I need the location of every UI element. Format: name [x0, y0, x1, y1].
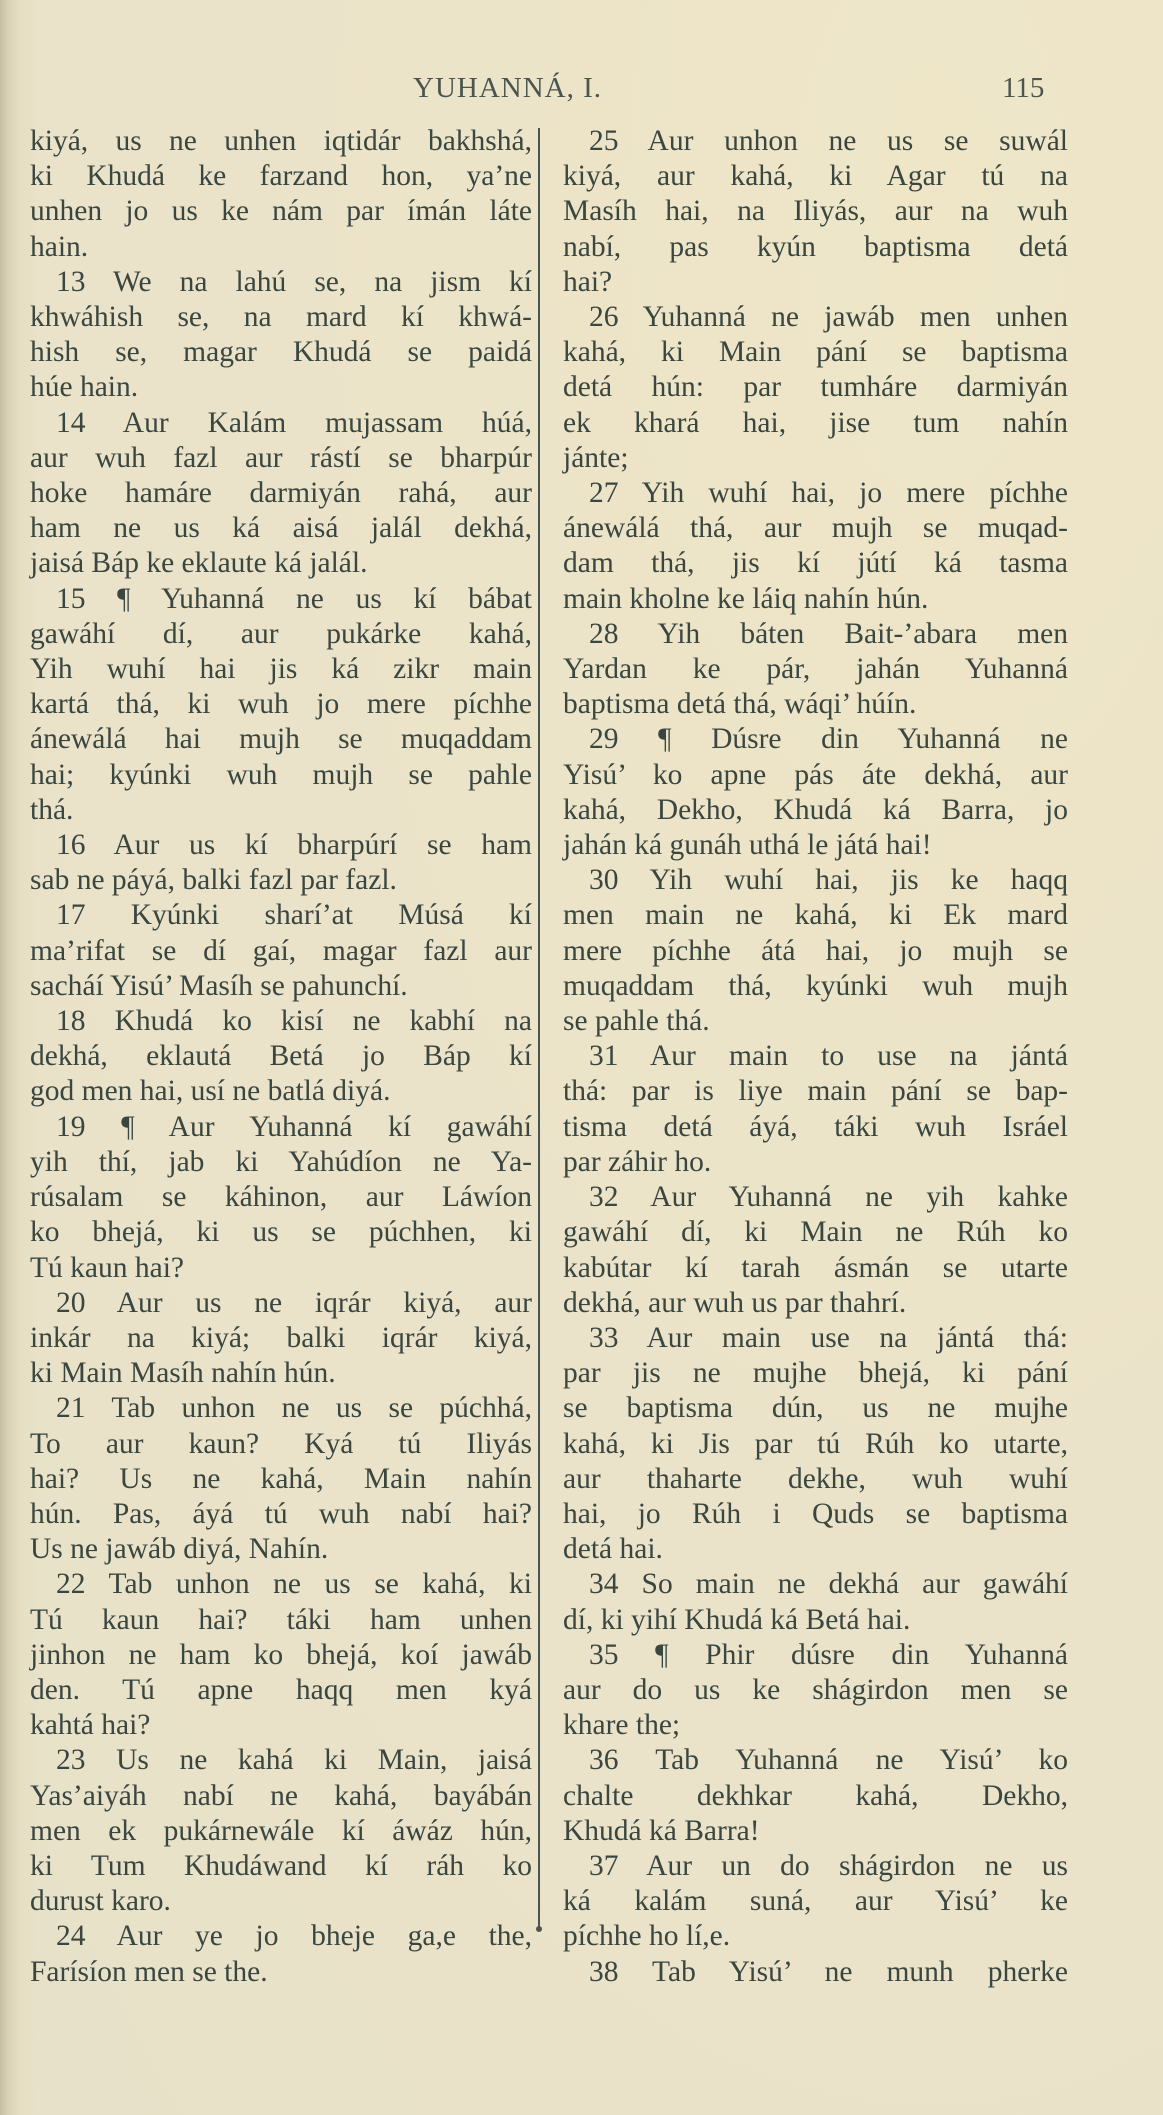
text-line: thá.: [30, 793, 532, 828]
text-line: ánewálá thá, aur mujh se muqad-: [563, 511, 1068, 546]
verse-start-line: 24 Aur ye jo bheje ga,e the,: [30, 1919, 532, 1954]
text-line: Farísíon men se the.: [30, 1955, 532, 1990]
text-line: par jis ne mujhe bhejá, ki pání: [563, 1356, 1068, 1391]
verse-start-line: 35 ¶ Phir dúsre din Yuhanná: [563, 1638, 1068, 1673]
verse-start-line: 27 Yih wuhí hai, jo mere píchhe: [563, 476, 1068, 511]
verse-start-line: 33 Aur main use na jántá thá:: [563, 1321, 1068, 1356]
column-divider-rule: [538, 128, 540, 1928]
text-line: ko bhejá, ki us se púchhen, ki: [30, 1215, 532, 1250]
text-line: main kholne ke láiq nahín hún.: [563, 582, 1068, 617]
text-line: Yardan ke pár, jahán Yuhanná: [563, 652, 1068, 687]
text-line: par záhir ho.: [563, 1145, 1068, 1180]
text-line: rúsalam se káhinon, aur Láwíon: [30, 1180, 532, 1215]
text-line: kahá, ki Jis par tú Rúh ko utarte,: [563, 1427, 1068, 1462]
verse-start-line: 15 ¶ Yuhanná ne us kí bábat: [30, 582, 532, 617]
verse-start-line: 29 ¶ Dúsre din Yuhanná ne: [563, 722, 1068, 757]
text-line: detá hai.: [563, 1532, 1068, 1567]
text-line: Us ne jawáb diyá, Nahín.: [30, 1532, 532, 1567]
text-line: kahá, ki Main pání se baptisma: [563, 335, 1068, 370]
text-line: kartá thá, ki wuh jo mere píchhe: [30, 687, 532, 722]
text-line: men ek pukárnewále kí áwáz hún,: [30, 1814, 532, 1849]
verse-start-line: 14 Aur Kalám mujassam húá,: [30, 406, 532, 441]
text-line: hoke hamáre darmiyán rahá, aur: [30, 476, 532, 511]
text-line: chalte dekhkar kahá, Dekho,: [563, 1779, 1068, 1814]
text-line: dekhá, aur wuh us par thahrí.: [563, 1286, 1068, 1321]
running-title: YUHANNÁ, I.: [413, 72, 602, 105]
text-line: muqaddam thá, kyúnki wuh mujh: [563, 969, 1068, 1004]
book-page: YUHANNÁ, I. 115 kiyá, us ne unhen iqtidá…: [0, 0, 1163, 2115]
verse-start-line: 13 We na lahú se, na jism kí: [30, 265, 532, 300]
verse-start-line: 23 Us ne kahá ki Main, jaisá: [30, 1743, 532, 1778]
text-line: hain.: [30, 230, 532, 265]
text-line: hún. Pas, áyá tú wuh nabí hai?: [30, 1497, 532, 1532]
text-line: dam thá, jis kí jútí ká tasma: [563, 546, 1068, 581]
verse-start-line: 37 Aur un do shágirdon ne us: [563, 1849, 1068, 1884]
text-line: dí, ki yihí Khudá ká Betá hai.: [563, 1603, 1068, 1638]
verse-start-line: 19 ¶ Aur Yuhanná kí gawáhí: [30, 1110, 532, 1145]
verse-start-line: 32 Aur Yuhanná ne yih kahke: [563, 1180, 1068, 1215]
verse-start-line: 20 Aur us ne iqrár kiyá, aur: [30, 1286, 532, 1321]
text-line: kiyá, us ne unhen iqtidár bakhshá,: [30, 124, 532, 159]
text-line: hai, jo Rúh i Quds se baptisma: [563, 1497, 1068, 1532]
text-line: khare the;: [563, 1708, 1068, 1743]
text-line: sab ne páyá, balki fazl par fazl.: [30, 863, 532, 898]
text-line: ká kalám suná, aur Yisú’ ke: [563, 1884, 1068, 1919]
text-line: Tú kaun hai?: [30, 1251, 532, 1286]
text-line: ham ne us ká aisá jalál dekhá,: [30, 511, 532, 546]
text-line: thá: par is liye main pání se bap-: [563, 1074, 1068, 1109]
verse-start-line: 16 Aur us kí bharpúrí se ham: [30, 828, 532, 863]
verse-start-line: 22 Tab unhon ne us se kahá, ki: [30, 1567, 532, 1602]
text-line: aur thaharte dekhe, wuh wuhí: [563, 1462, 1068, 1497]
text-line: ma’rifat se dí gaí, magar fazl aur: [30, 934, 532, 969]
text-line: To aur kaun? Kyá tú Iliyás: [30, 1427, 532, 1462]
page-number: 115: [1002, 72, 1044, 105]
page-header: YUHANNÁ, I. 115: [0, 72, 1163, 112]
verse-start-line: 28 Yih báten Bait-’abara men: [563, 617, 1068, 652]
text-line: aur wuh fazl aur rástí se bharpúr: [30, 441, 532, 476]
verse-start-line: 21 Tab unhon ne us se púchhá,: [30, 1391, 532, 1426]
text-line: khwáhish se, na mard kí khwá-: [30, 300, 532, 335]
verse-start-line: 31 Aur main to use na jántá: [563, 1039, 1068, 1074]
text-line: se baptisma dún, us ne mujhe: [563, 1391, 1068, 1426]
text-line: sacháí Yisú’ Masíh se pahunchí.: [30, 969, 532, 1004]
text-line: ki Tum Khudáwand kí ráh ko: [30, 1849, 532, 1884]
text-line: nabí, pas kyún baptisma detá: [563, 230, 1068, 265]
text-line: píchhe ho lí,e.: [563, 1919, 1068, 1954]
text-line: detá hún: par tumháre darmiyán: [563, 370, 1068, 405]
text-line: Khudá ká Barra!: [563, 1814, 1068, 1849]
text-line: Masíh hai, na Iliyás, aur na wuh: [563, 194, 1068, 229]
text-line: jánte;: [563, 441, 1068, 476]
verse-start-line: 30 Yih wuhí hai, jis ke haqq: [563, 863, 1068, 898]
verse-start-line: 17 Kyúnki sharí’at Músá kí: [30, 898, 532, 933]
verse-start-line: 25 Aur unhon ne us se suwál: [563, 124, 1068, 159]
text-line: mere píchhe átá hai, jo mujh se: [563, 934, 1068, 969]
text-line: yih thí, jab ki Yahúdíon ne Ya-: [30, 1145, 532, 1180]
text-line: dekhá, eklautá Betá jo Báp kí: [30, 1039, 532, 1074]
text-line: Tú kaun hai? táki ham unhen: [30, 1603, 532, 1638]
text-line: kahtá hai?: [30, 1708, 532, 1743]
text-line: se pahle thá.: [563, 1004, 1068, 1039]
text-line: ki Khudá ke farzand hon, ya’ne: [30, 159, 532, 194]
left-text-column: kiyá, us ne unhen iqtidár bakhshá,ki Khu…: [30, 124, 532, 1990]
text-line: kahá, Dekho, Khudá ká Barra, jo: [563, 793, 1068, 828]
text-line: ánewálá hai mujh se muqaddam: [30, 722, 532, 757]
text-line: gawáhí dí, aur pukárke kahá,: [30, 617, 532, 652]
text-line: kiyá, aur kahá, ki Agar tú na: [563, 159, 1068, 194]
text-line: hai; kyúnki wuh mujh se pahle: [30, 758, 532, 793]
text-line: aur do us ke shágirdon men se: [563, 1673, 1068, 1708]
text-line: baptisma detá thá, wáqi’ húín.: [563, 687, 1068, 722]
text-line: gawáhí dí, ki Main ne Rúh ko: [563, 1215, 1068, 1250]
text-line: jinhon ne ham ko bhejá, koí jawáb: [30, 1638, 532, 1673]
text-line: men main ne kahá, ki Ek mard: [563, 898, 1068, 933]
text-line: tisma detá áyá, táki wuh Isráel: [563, 1110, 1068, 1145]
text-line: Yas’aiyáh nabí ne kahá, bayábán: [30, 1779, 532, 1814]
verse-start-line: 36 Tab Yuhanná ne Yisú’ ko: [563, 1743, 1068, 1778]
verse-start-line: 26 Yuhanná ne jawáb men unhen: [563, 300, 1068, 335]
text-line: inkár na kiyá; balki iqrár kiyá,: [30, 1321, 532, 1356]
text-line: god men hai, usí ne batlá diyá.: [30, 1074, 532, 1109]
text-line: durust karo.: [30, 1884, 532, 1919]
right-text-column: 25 Aur unhon ne us se suwálkiyá, aur kah…: [563, 124, 1068, 1990]
text-line: Yih wuhí hai jis ká zikr main: [30, 652, 532, 687]
text-line: hish se, magar Khudá se paidá: [30, 335, 532, 370]
text-line: jahán ká gunáh uthá le játá hai!: [563, 828, 1068, 863]
text-line: ki Main Masíh nahín hún.: [30, 1356, 532, 1391]
text-line: unhen jo us ke nám par ímán láte: [30, 194, 532, 229]
text-line: húe hain.: [30, 370, 532, 405]
text-line: den. Tú apne haqq men kyá: [30, 1673, 532, 1708]
verse-start-line: 38 Tab Yisú’ ne munh pherke: [563, 1955, 1068, 1990]
text-line: hai? Us ne kahá, Main nahín: [30, 1462, 532, 1497]
text-line: jaisá Báp ke eklaute ká jalál.: [30, 546, 532, 581]
text-line: kabútar kí tarah ásmán se utarte: [563, 1251, 1068, 1286]
verse-start-line: 18 Khudá ko kisí ne kabhí na: [30, 1004, 532, 1039]
verse-start-line: 34 So main ne dekhá aur gawáhí: [563, 1567, 1068, 1602]
text-line: ek khará hai, jise tum nahín: [563, 406, 1068, 441]
text-line: Yisú’ ko apne pás áte dekhá, aur: [563, 758, 1068, 793]
text-line: hai?: [563, 265, 1068, 300]
